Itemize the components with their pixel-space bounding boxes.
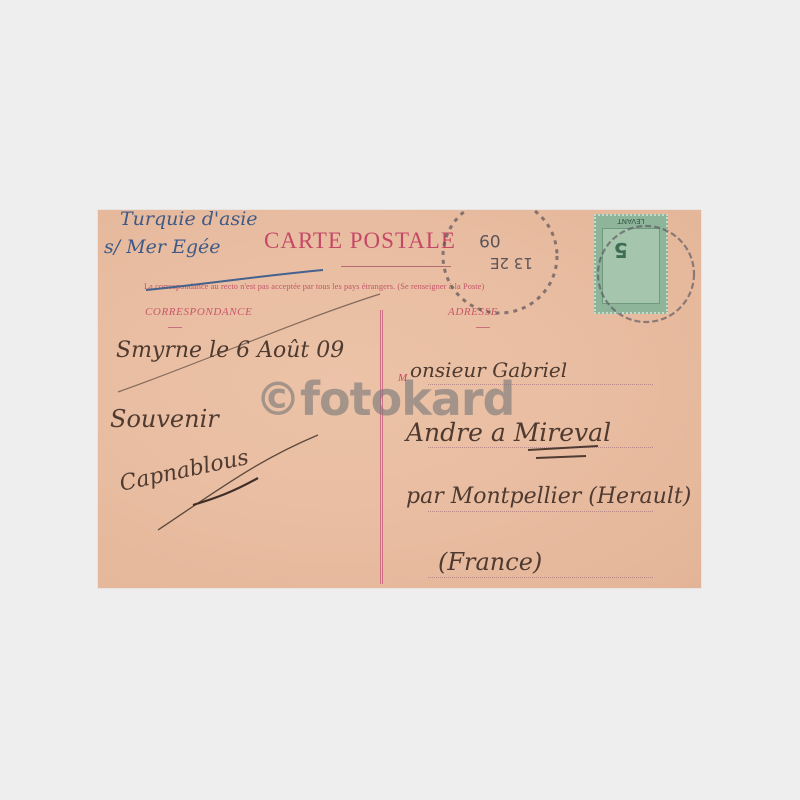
postmark-date: 13 2E bbox=[490, 254, 533, 272]
printed-monsieur-initial: M bbox=[398, 372, 407, 384]
correspondence-line-1: Smyrne le 6 Août 09 bbox=[116, 338, 344, 363]
correspondence-line-2: Souvenir bbox=[110, 405, 219, 433]
annotation-line-1: Turquie d'asie bbox=[120, 210, 258, 230]
annotation-line-2: s/ Mer Egée bbox=[104, 236, 221, 258]
address-line-1: onsieur Gabriel bbox=[410, 358, 567, 382]
address-line-4: (France) bbox=[438, 548, 542, 576]
postmark-year: 09 bbox=[479, 230, 501, 250]
address-line-2: Andre a Mireval bbox=[406, 418, 611, 447]
blue-underline-icon bbox=[146, 270, 323, 290]
postcard: CARTE POSTALE La correspondance au recto… bbox=[98, 210, 701, 588]
ink-overlay bbox=[98, 210, 701, 588]
address-line-3: par Montpellier (Herault) bbox=[406, 484, 691, 509]
cancel-ring-icon bbox=[598, 226, 694, 322]
